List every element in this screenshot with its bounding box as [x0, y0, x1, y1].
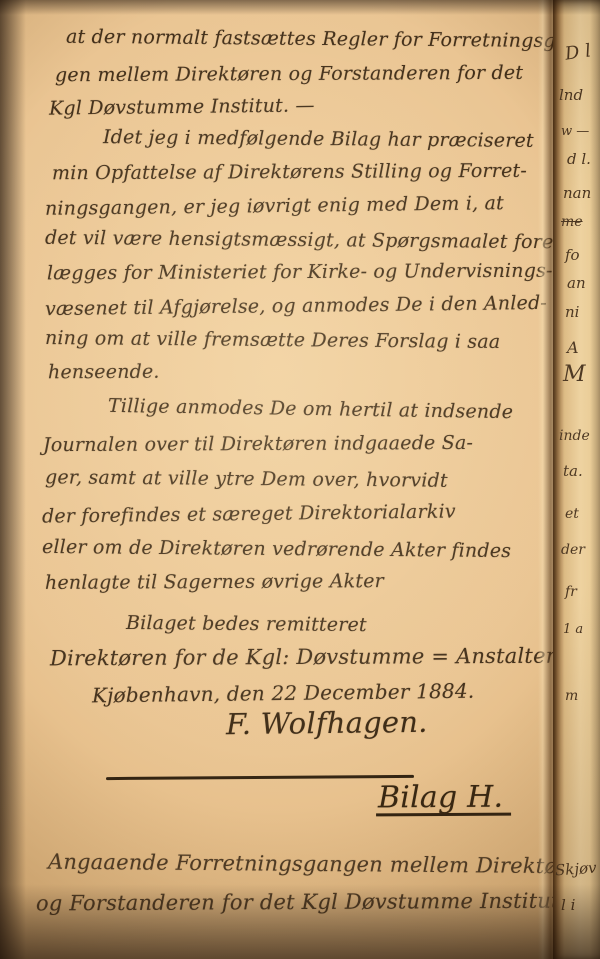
page-text-fragment: Skjøv — [554, 859, 597, 880]
page-text-fragment: der — [561, 542, 585, 558]
page-text-fragment: D l — [564, 40, 593, 64]
place-date-line: Kjøbenhavn, den 22 December 1884. — [92, 678, 475, 709]
office-title-line: Direktøren for de Kgl: Døvstumme = Ansta… — [50, 643, 556, 672]
page-text-fragment: A — [567, 338, 579, 357]
page-text-fragment: ni — [565, 303, 579, 321]
page-text-fragment: nan — [563, 184, 591, 202]
page-text-fragment: lnd — [559, 86, 583, 104]
handwritten-line: der forefindes et særeget Direktorialark… — [42, 498, 456, 529]
page-text-fragment: m — [565, 688, 578, 704]
remit-request-line: Bilaget bedes remitteret — [126, 610, 367, 638]
handwritten-line: henseende. — [48, 359, 160, 386]
page-text-fragment: me — [561, 214, 583, 230]
page-text-fragment: fo — [565, 246, 580, 264]
handwritten-line: det vil være hensigtsmæssigt, at Spørgsm… — [45, 225, 560, 255]
footer-line: Angaaende Forretningsgangen mellem Direk… — [48, 849, 594, 880]
closing-rule — [106, 775, 414, 780]
manuscript-page: at der normalt fastsættes Regler for For… — [0, 0, 553, 959]
page-text-fragment: M — [563, 362, 586, 387]
page-fold-crease — [538, 0, 554, 959]
page-text-fragment: an — [567, 274, 586, 292]
adjacent-page-edge: D l lnd w — d l. nan me fo an ni A M ind… — [553, 0, 600, 959]
footer-line: og Forstanderen for det Kgl Døvstumme In… — [36, 888, 574, 917]
page-text-fragment: l i — [561, 896, 575, 914]
page-text-fragment: w — — [561, 124, 589, 139]
signature: F. Wolfhagen. — [226, 709, 428, 737]
handwritten-line: min Opfattelse af Direktørens Stilling o… — [52, 158, 527, 186]
handwritten-line: ger, samt at ville ytre Dem over, hvorvi… — [45, 464, 448, 494]
page-text-fragment: et — [565, 506, 579, 522]
handwritten-line: gen mellem Direktøren og Forstanderen fo… — [55, 60, 523, 88]
page-text-fragment: fr — [565, 584, 577, 600]
handwritten-line: væsenet til Afgjørelse, og anmodes De i … — [45, 290, 547, 322]
page-text-fragment: 1 a — [563, 622, 583, 637]
handwritten-line: eller om de Direktøren vedrørende Akter … — [42, 534, 511, 564]
attachment-heading: Bilag H. — [376, 785, 511, 817]
handwritten-line: lægges for Ministeriet for Kirke- og Und… — [47, 258, 553, 287]
page-text-fragment: d l. — [567, 150, 591, 168]
handwritten-line: ningsgangen, er jeg iøvrigt enig med Dem… — [45, 190, 504, 222]
handwritten-line: at der normalt fastsættes Regler for For… — [66, 24, 587, 55]
photograph-of-manuscript: at der normalt fastsættes Regler for For… — [0, 0, 600, 959]
handwritten-line: Kgl Døvstumme Institut. — — [49, 92, 315, 121]
handwritten-line: ning om at ville fremsætte Deres Forslag… — [45, 325, 501, 355]
page-text-fragment: inde — [559, 428, 590, 444]
handwritten-line: Idet jeg i medfølgende Bilag har præcise… — [103, 124, 534, 154]
handwritten-line: henlagte til Sagernes øvrige Akter — [45, 568, 384, 596]
page-text-fragment: ta. — [563, 462, 583, 480]
handwritten-line: Tillige anmodes De om hertil at indsende — [108, 393, 514, 425]
handwritten-line: Journalen over til Direktøren indgaaede … — [43, 430, 473, 458]
